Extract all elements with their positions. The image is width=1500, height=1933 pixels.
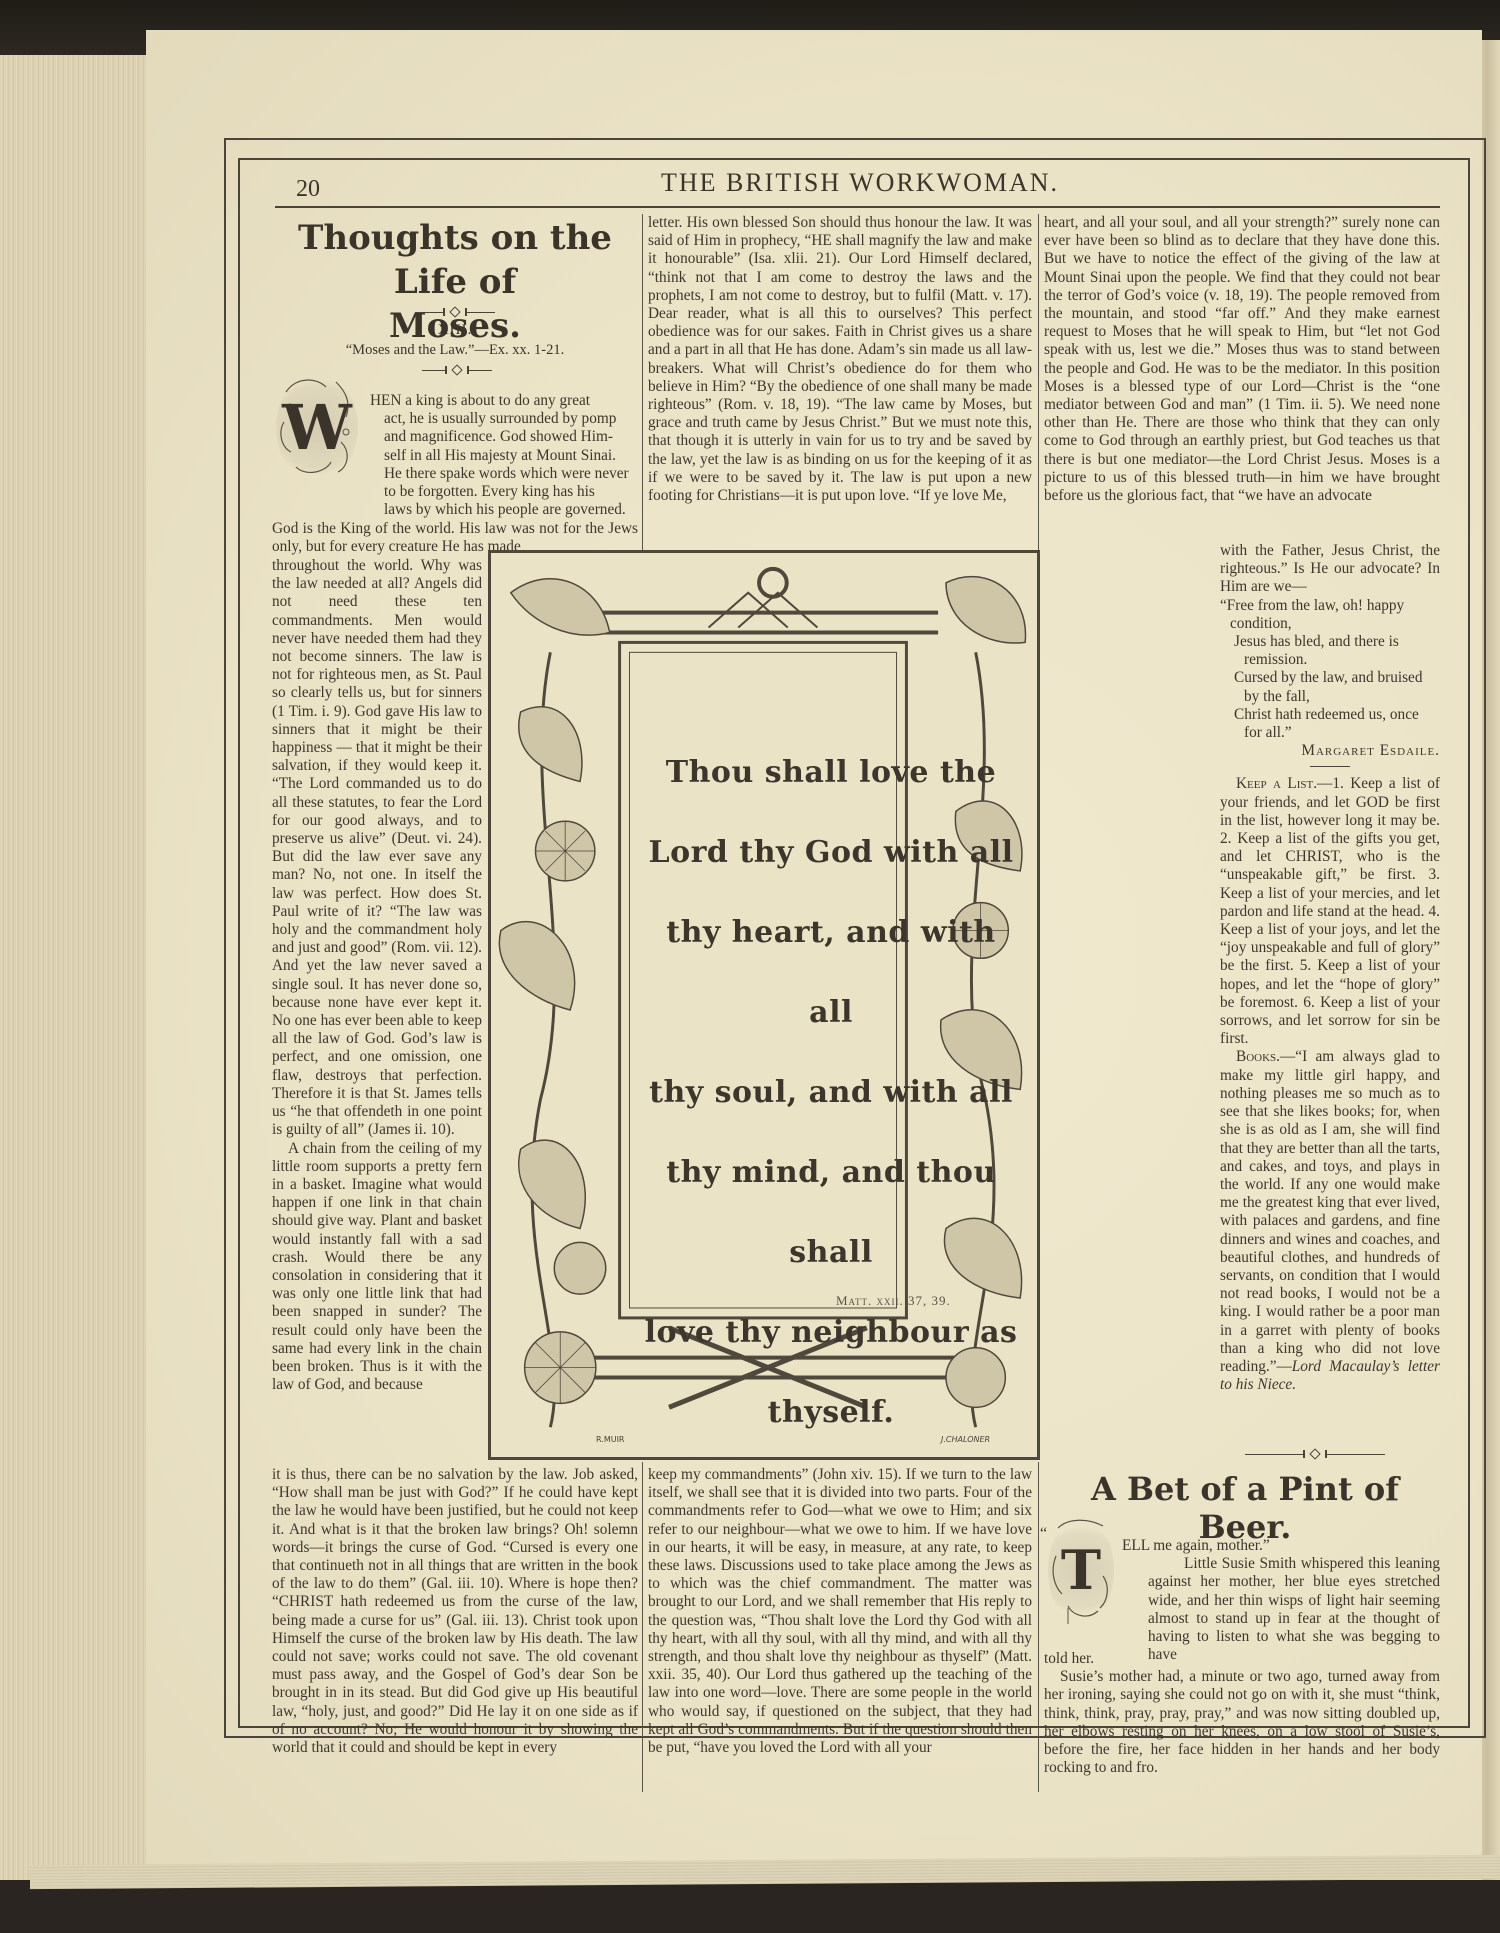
poem-author: Margaret Esdaile. xyxy=(1220,742,1440,760)
keep-a-list-heading: Keep a List. xyxy=(1236,775,1317,792)
column-divider-1-top xyxy=(642,214,643,554)
article-column-2-top: letter. His own blessed Son should thus … xyxy=(648,214,1032,505)
column-divider-1-bottom xyxy=(642,1462,643,1792)
dropcap-w-ornament: W xyxy=(276,372,358,482)
verse-line: love thy neighbour as xyxy=(641,1293,1021,1373)
artist-signature-right: J.CHALONER xyxy=(941,1435,990,1444)
text-line: to be forgotten. Every king has his xyxy=(370,483,638,501)
artist-signature-left: R.MUIR xyxy=(596,1435,625,1444)
ornament-divider xyxy=(1245,1448,1385,1460)
keep-a-list-paragraph: Keep a List.—1. Keep a list of your frie… xyxy=(1220,775,1440,1048)
text-line: HEN a king is about to do any great xyxy=(370,392,638,410)
paragraph: A chain from the ceiling of my little ro… xyxy=(272,1140,482,1395)
article-column-2-bottom: keep my commandments” (John xiv. 15). If… xyxy=(648,1466,1032,1757)
dropcap-t-ornament: T xyxy=(1048,1516,1114,1624)
article2-body: told her. Susie’s mother had, a minute o… xyxy=(1044,1650,1440,1777)
article-column-1-bottom: it is thus, there can be no salvation by… xyxy=(272,1466,638,1757)
part-numeral: XIII. xyxy=(270,322,640,339)
text-line: and magnificence. God showed Him- xyxy=(370,428,638,446)
publication-title: THE BRITISH WORKWOMAN. xyxy=(610,168,1110,198)
text-line: self in all His majesty at Mount Sinai. xyxy=(370,447,638,465)
ornament-divider xyxy=(422,364,492,376)
column-divider-2-bottom xyxy=(1038,1462,1039,1792)
paragraph: it is thus, there can be no salvation by… xyxy=(272,1466,638,1757)
short-divider xyxy=(1310,766,1350,767)
header-rule xyxy=(275,206,1440,208)
keep-a-list-text: —1. Keep a list of your friends, and let… xyxy=(1220,775,1440,1047)
verse-line: thy mind, and thou shall xyxy=(641,1133,1021,1293)
column-divider-2-top xyxy=(1038,214,1039,554)
text-line: act, he is usually surrounded by pomp xyxy=(370,410,638,428)
dropcap-letter: W xyxy=(282,391,352,464)
first-line: ELL me again, mother.” xyxy=(1122,1537,1440,1555)
ornament-divider xyxy=(415,306,495,318)
decorative-scripture-illustration: Thou shall love the Lord thy God with al… xyxy=(488,550,1040,1460)
verse-line: thy soul, and with all xyxy=(641,1053,1021,1133)
scan-background-bottom xyxy=(0,1880,1500,1933)
paragraph: Susie’s mother had, a minute or two ago,… xyxy=(1044,1668,1440,1777)
dropcap-letter: T xyxy=(1061,1538,1101,1602)
books-heading: Books. xyxy=(1236,1048,1280,1065)
epigraph: “Moses and the Law.”—Ex. xx. 1-21. xyxy=(270,342,640,359)
text-line: He there spake words which were never xyxy=(370,465,638,483)
books-text: —“I am always glad to make my little gir… xyxy=(1220,1048,1440,1374)
poem: “Free from the law, oh! happy condition,… xyxy=(1220,597,1440,743)
poem-line: Cursed by the law, and bruised by the fa… xyxy=(1220,669,1440,705)
paragraph: letter. His own blessed Son should thus … xyxy=(648,214,1032,505)
poem-line: Jesus has bled, and there is remission. xyxy=(1220,633,1440,669)
scripture-verse: Thou shall love the Lord thy God with al… xyxy=(641,733,1021,1453)
article-column-3-narrow: with the Father, Jesus Christ, the right… xyxy=(1220,542,1440,1394)
paragraph: heart, and all your soul, and all your s… xyxy=(1044,214,1440,505)
paragraph: Little Susie Smith whispered this leanin… xyxy=(1122,1555,1440,1664)
verse-line: thy heart, and with all xyxy=(641,893,1021,1053)
article-title-line-1: Thoughts on the Life of xyxy=(270,216,640,304)
continuation-line: told her. xyxy=(1044,1650,1440,1668)
article2-intro: ELL me again, mother.” Little Susie Smit… xyxy=(1122,1537,1440,1664)
book-page-edges-left xyxy=(0,55,150,1885)
verse-line: Thou shall love the xyxy=(641,733,1021,813)
books-paragraph: Books.—“I am always glad to make my litt… xyxy=(1220,1048,1440,1394)
open-quote: “ xyxy=(1040,1525,1047,1543)
page-number: 20 xyxy=(296,176,320,203)
paragraph: with the Father, Jesus Christ, the right… xyxy=(1220,542,1440,597)
paragraph: keep my commandments” (John xiv. 15). If… xyxy=(648,1466,1032,1757)
article-column-narrow-left: throughout the world. Why was the law ne… xyxy=(272,557,482,1394)
paragraph: throughout the world. Why was the law ne… xyxy=(272,557,482,1140)
text-line: laws by which his people are governed. xyxy=(370,501,638,519)
article-column-3-top: heart, and all your soul, and all your s… xyxy=(1044,214,1440,505)
verse-line: Lord thy God with all xyxy=(641,813,1021,893)
article-intro-lines: HEN a king is about to do any great act,… xyxy=(370,392,638,519)
poem-line: “Free from the law, oh! happy condition, xyxy=(1220,597,1440,633)
poem-line: Christ hath redeemed us, once for all.” xyxy=(1220,706,1440,742)
verse-reference: Matt. xxii. 37, 39. xyxy=(836,1293,951,1309)
